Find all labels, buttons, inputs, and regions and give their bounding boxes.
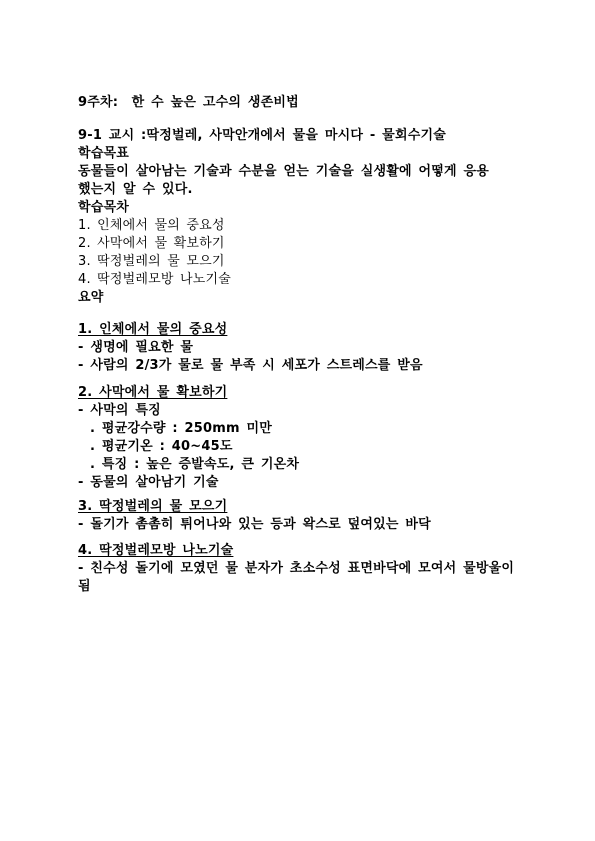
- summary-heading: 요약: [78, 289, 518, 307]
- summary-section-2-title: 2. 사막에서 물 확보하기: [78, 384, 518, 402]
- toc-item-4: 4. 딱정벌레모방 나노기술: [78, 271, 518, 289]
- summary-section-4-title: 4. 딱정벌레모방 나노기술: [78, 542, 518, 560]
- toc-item-1: 1. 인체에서 물의 중요성: [78, 217, 518, 235]
- summary-section-2-line-1: - 사막의 특징: [78, 402, 518, 420]
- summary-section-2-line-4: . 특징 : 높은 증발속도, 큰 기온차: [78, 456, 518, 474]
- document-content: 9주차: 한 수 높은 고수의 생존비법 9-1 교시 :딱정벌레, 사막안개에…: [78, 94, 518, 596]
- learning-goal-text: 동물들이 살아남는 기술과 수분을 얻는 기술을 실생활에 어떻게 응용했는지 …: [78, 163, 498, 199]
- document-page: 9주차: 한 수 높은 고수의 생존비법 9-1 교시 :딱정벌레, 사막안개에…: [0, 0, 595, 841]
- summary-section-1-line-1: - 생명에 필요한 물: [78, 339, 518, 357]
- lesson-title: 9-1 교시 :딱정벌레, 사막안개에서 물을 마시다 - 물회수기술: [78, 127, 518, 145]
- summary-section-2-line-5: - 동물의 살아남기 기술: [78, 474, 518, 492]
- learning-goal-heading: 학습목표: [78, 145, 518, 163]
- summary-section-1-title: 1. 인체에서 물의 중요성: [78, 321, 518, 339]
- summary-section-1-line-2: - 사람의 2/3가 물로 물 부족 시 세포가 스트레스를 받음: [78, 357, 518, 375]
- week-title: 9주차: 한 수 높은 고수의 생존비법: [78, 94, 518, 112]
- toc-heading: 학습목차: [78, 199, 518, 217]
- summary-section-3-line-1: - 돌기가 촘촘히 튀어나와 있는 등과 왁스로 덮여있는 바닥: [78, 516, 518, 534]
- summary-section-2-line-3: . 평균기온 : 40~45도: [78, 438, 518, 456]
- toc-item-2: 2. 사막에서 물 확보하기: [78, 235, 518, 253]
- summary-section-2-line-2: . 평균강수량 : 250mm 미만: [78, 420, 518, 438]
- toc-item-3: 3. 딱정벌레의 물 모으기: [78, 253, 518, 271]
- summary-section-4-line-1: - 친수성 돌기에 모였던 물 분자가 초소수성 표면바닥에 모여서 물방울이 …: [78, 560, 518, 596]
- summary-section-3-title: 3. 딱정벌레의 물 모으기: [78, 498, 518, 516]
